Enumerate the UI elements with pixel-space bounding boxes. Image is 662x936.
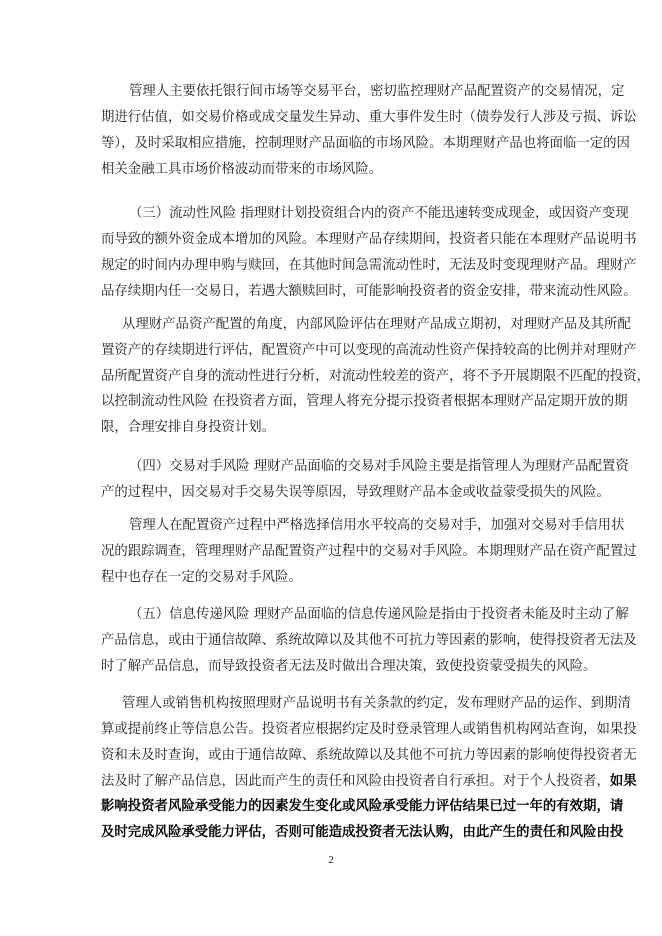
section-heading-line: （三）流动性风险 指理财计划投资组合内的资产不能迅速转变成现金，或因资产变现 xyxy=(129,205,563,223)
text-line: 限，合理安排自身投资计划。 xyxy=(101,419,563,437)
text-line: 产的过程中，因交易对手交易失误等原因，导致理财产品本金或收益蒙受损失的风险。 xyxy=(101,484,563,502)
text-line: 管理人在配置资产过程中严格选择信用水平较高的交易对手，加强对交易对手信用状 xyxy=(129,517,563,535)
section-heading-line: （四）交易对手风险 理财产品面临的交易对手风险主要是指管理人为理财产品配置资 xyxy=(129,458,563,476)
text-line: 品所配置资产自身的流动性进行分析，对流动性较差的资产，将不予开展期限不匹配的投资… xyxy=(101,368,563,386)
text-line: 规定的时间内办理申购与赎回，在其他时间急需流动性时，无法及时变现理财产品。理财产 xyxy=(101,257,563,275)
text-line: 管理人或销售机构按照理财产品说明书有关条款的约定，发布理财产品的运作、到期清 xyxy=(122,695,563,713)
text-line: 管理人主要依托银行间市场等交易平台，密切监控理财产品配置资产的交易情况，定 xyxy=(129,83,563,101)
bold-warning-text: 如果 xyxy=(610,774,637,789)
bold-warning-line: 及时完成风险承受能力评估，否则可能造成投资者无法认购，由此产生的责任和风险由投 xyxy=(101,824,563,842)
text-line: 资和未及时查询，或由于通信故障、系统故障以及其他不可抗力等因素的影响使得投资者无 xyxy=(101,747,563,765)
text-line: 相关金融工具市场价格波动而带来的市场风险。 xyxy=(101,161,563,179)
text-line: 而导致的额外资金成本增加的风险。本理财产品存续期间，投资者只能在本理财产品说明书 xyxy=(101,231,563,249)
text-line: 以控制流动性风险 在投资者方面，管理人将充分提示投资者根据本理财产品定期开放的期 xyxy=(101,393,563,411)
text-line: 品存续期内任一交易日，若遇大额赎回时，可能影响投资者的资金安排，带来流动性风险。 xyxy=(101,283,563,301)
document-page: 管理人主要依托银行间市场等交易平台，密切监控理财产品配置资产的交易情况，定 期进… xyxy=(0,0,662,936)
text-line: 时了解产品信息，而导致投资者无法及时做出合理决策，致使投资蒙受损失的风险。 xyxy=(101,658,563,676)
text-line: 算或提前终止等信息公告。投资者应根据约定及时登录管理人或销售机构网站查询，如果投 xyxy=(101,721,563,739)
text-line: 置资产的存续期进行评估，配置资产中可以变现的高流动性资产保持较高的比例并对理财产 xyxy=(101,342,563,360)
bold-warning-line: 影响投资者风险承受能力的因素发生变化或风险承受能力评估结果已过一年的有效期，请 xyxy=(101,798,563,816)
text-line: 产品信息，或由于通信故障、系统故障以及其他不可抗力等因素的影响，使得投资者无法及 xyxy=(101,632,563,650)
text-segment: 法及时了解产品信息，因此而产生的责任和风险由投资者自行承担。对于个人投资者， xyxy=(101,774,610,789)
text-line: 从理财产品资产配置的角度，内部风险评估在理财产品成立期初，对理财产品及其所配 xyxy=(122,316,563,334)
text-line: 期进行估值，如交易价格或成交量发生异动、重大事件发生时（债券发行人涉及亏损、诉讼 xyxy=(101,109,563,127)
page-number: 2 xyxy=(0,854,662,866)
text-line: 等），及时采取相应措施，控制理财产品面临的市场风险。本期理财产品也将面临一定的因 xyxy=(101,135,563,153)
section-heading-line: （五）信息传递风险 理财产品面临的信息传递风险是指由于投资者未能及时主动了解 xyxy=(129,606,563,624)
text-line: 法及时了解产品信息，因此而产生的责任和风险由投资者自行承担。对于个人投资者，如果 xyxy=(101,773,563,791)
text-line: 况的跟踪调查，管理理财产品配置资产过程中的交易对手风险。本期理财产品在资产配置过 xyxy=(101,543,563,561)
text-line: 程中也存在一定的交易对手风险。 xyxy=(101,569,563,587)
